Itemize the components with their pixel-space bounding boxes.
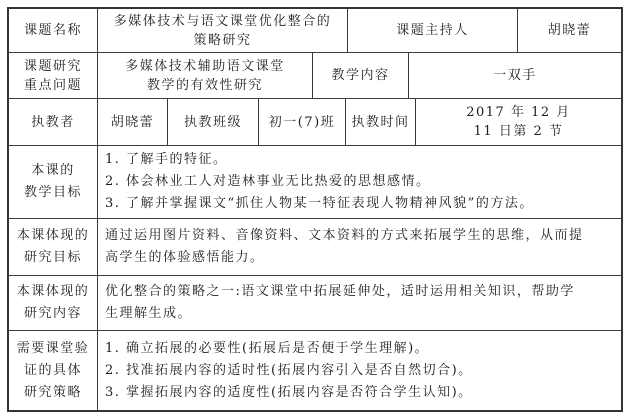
project-host-label: 课题主持人 bbox=[396, 21, 469, 40]
class-value-cell: 初一(7)班 bbox=[259, 99, 346, 145]
teacher-name-cell: 胡晓蕾 bbox=[98, 99, 168, 145]
research-strategies-value-cell: 1. 确立拓展的必要性(拓展后是否便于学生理解)。 2. 找准拓展内容的适时性(… bbox=[98, 331, 621, 410]
research-focus-label-line1: 课题研究 bbox=[24, 57, 82, 76]
row-research-focus: 课题研究 重点问题 多媒体技术辅助语文课堂 教学的有效性研究 教学内容 一双手 bbox=[9, 53, 621, 99]
project-title-label: 课题名称 bbox=[24, 21, 82, 40]
research-objective-label-cell: 本课体现的 研究目标 bbox=[9, 219, 98, 275]
teacher-name: 胡晓蕾 bbox=[111, 113, 155, 132]
research-objective-value-cell: 通过运用图片资料、音像资料、文本资料的方式来拓展学生的思维，从而提 高学生的体验… bbox=[98, 219, 621, 275]
teaching-content-label: 教学内容 bbox=[331, 66, 389, 85]
research-content-text-line1: 优化整合的策略之一:语文课堂中拓展延伸处，适时运用相关知识，帮助学 bbox=[105, 281, 575, 303]
time-value-line1: 2017 年 12 月 bbox=[466, 103, 571, 122]
teaching-objective-item-1: 1. 了解手的特征。 bbox=[105, 149, 228, 171]
time-label-cell: 执教时间 bbox=[346, 99, 416, 145]
project-title-line1: 多媒体技术与语文课堂优化整合的 bbox=[114, 12, 332, 31]
lesson-research-form-table: 课题名称 多媒体技术与语文课堂优化整合的 策略研究 课题主持人 胡晓蕾 课题研究… bbox=[7, 7, 623, 412]
teaching-objectives-label-line1: 本课的 bbox=[31, 160, 75, 182]
project-host-label-cell: 课题主持人 bbox=[348, 9, 518, 52]
class-value: 初一(7)班 bbox=[269, 113, 335, 132]
row-research-content: 本课体现的 研究内容 优化整合的策略之一:语文课堂中拓展延伸处，适时运用相关知识… bbox=[9, 276, 621, 331]
teaching-objective-item-3: 3. 了解并掌握课文“抓住人物某一特征表现人物精神风貌”的方法。 bbox=[105, 193, 534, 215]
research-focus-value-cell: 多媒体技术辅助语文课堂 教学的有效性研究 bbox=[98, 53, 313, 98]
row-research-strategies: 需要课堂验 证的具体 研究策略 1. 确立拓展的必要性(拓展后是否便于学生理解)… bbox=[9, 331, 621, 410]
row-project-title: 课题名称 多媒体技术与语文课堂优化整合的 策略研究 课题主持人 胡晓蕾 bbox=[9, 9, 621, 53]
research-strategies-label-line3: 研究策略 bbox=[24, 382, 82, 404]
teaching-content-value-cell: 一双手 bbox=[409, 53, 621, 98]
research-objective-label-line2: 研究目标 bbox=[24, 247, 82, 269]
class-label-cell: 执教班级 bbox=[168, 99, 259, 145]
research-focus-line2: 教学的有效性研究 bbox=[147, 76, 263, 95]
teaching-objectives-label-cell: 本课的 教学目标 bbox=[9, 146, 98, 218]
research-focus-label-line2: 重点问题 bbox=[24, 76, 82, 95]
research-focus-line1: 多媒体技术辅助语文课堂 bbox=[125, 57, 285, 76]
row-teaching-objectives: 本课的 教学目标 1. 了解手的特征。 2. 体会林业工人对造林事业无比热爱的思… bbox=[9, 146, 621, 219]
teaching-objectives-value-cell: 1. 了解手的特征。 2. 体会林业工人对造林事业无比热爱的思想感情。 3. 了… bbox=[98, 146, 621, 218]
teacher-label: 执教者 bbox=[31, 113, 75, 132]
teaching-content-label-cell: 教学内容 bbox=[313, 53, 409, 98]
research-content-value-cell: 优化整合的策略之一:语文课堂中拓展延伸处，适时运用相关知识，帮助学 生理解生成。 bbox=[98, 276, 621, 330]
time-value-cell: 2017 年 12 月 11 日第 2 节 bbox=[416, 99, 621, 145]
research-strategy-item-3: 3. 掌握拓展内容的适度性(拓展内容是否符合学生认知)。 bbox=[105, 382, 473, 404]
research-strategy-item-1: 1. 确立拓展的必要性(拓展后是否便于学生理解)。 bbox=[105, 338, 429, 360]
time-label: 执教时间 bbox=[351, 113, 409, 132]
project-host-name-cell: 胡晓蕾 bbox=[518, 9, 621, 52]
research-content-text-line2: 生理解生成。 bbox=[105, 303, 192, 325]
project-host-name: 胡晓蕾 bbox=[548, 21, 592, 40]
row-research-objective: 本课体现的 研究目标 通过运用图片资料、音像资料、文本资料的方式来拓展学生的思维… bbox=[9, 219, 621, 276]
project-title-line2: 策略研究 bbox=[193, 31, 251, 50]
teaching-objective-item-2: 2. 体会林业工人对造林事业无比热爱的思想感情。 bbox=[105, 171, 431, 193]
research-strategies-label-line1: 需要课堂验 bbox=[17, 338, 90, 360]
teaching-content-value: 一双手 bbox=[493, 66, 537, 85]
time-value-line2: 11 日第 2 节 bbox=[474, 122, 564, 141]
research-content-label-line1: 本课体现的 bbox=[17, 281, 90, 303]
research-focus-label-cell: 课题研究 重点问题 bbox=[9, 53, 98, 98]
row-teacher-info: 执教者 胡晓蕾 执教班级 初一(7)班 执教时间 2017 年 12 月 11 … bbox=[9, 99, 621, 146]
research-content-label-cell: 本课体现的 研究内容 bbox=[9, 276, 98, 330]
class-label: 执教班级 bbox=[184, 113, 242, 132]
project-title-label-cell: 课题名称 bbox=[9, 9, 98, 52]
research-objective-text-line1: 通过运用图片资料、音像资料、文本资料的方式来拓展学生的思维，从而提 bbox=[105, 225, 584, 247]
research-content-label-line2: 研究内容 bbox=[24, 303, 82, 325]
teaching-objectives-label-line2: 教学目标 bbox=[24, 182, 82, 204]
research-strategies-label-line2: 证的具体 bbox=[24, 360, 82, 382]
research-objective-label-line1: 本课体现的 bbox=[17, 225, 90, 247]
research-strategy-item-2: 2. 找准拓展内容的适时性(拓展内容引入是否自然切合)。 bbox=[105, 360, 473, 382]
research-strategies-label-cell: 需要课堂验 证的具体 研究策略 bbox=[9, 331, 98, 410]
project-title-value-cell: 多媒体技术与语文课堂优化整合的 策略研究 bbox=[98, 9, 348, 52]
research-objective-text-line2: 高学生的体验感悟能力。 bbox=[105, 247, 265, 269]
teacher-label-cell: 执教者 bbox=[9, 99, 98, 145]
